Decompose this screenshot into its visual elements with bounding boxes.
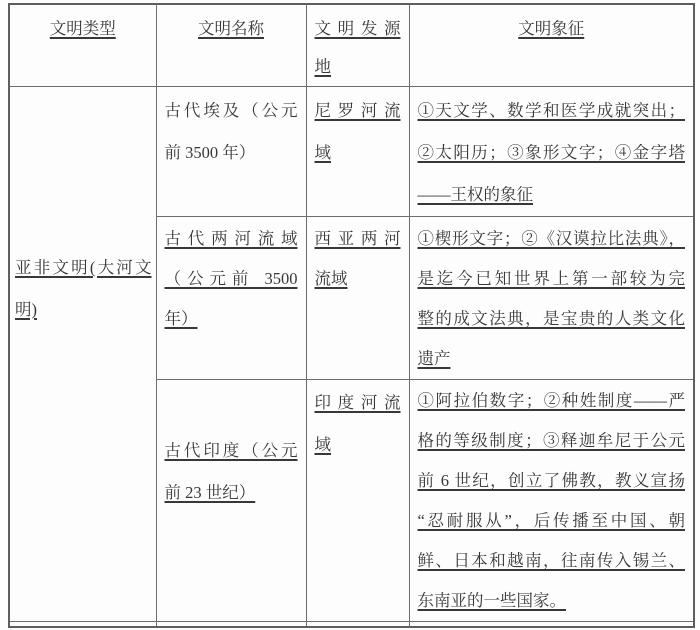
text-line: 古代印度（公元 bbox=[165, 430, 298, 472]
header-label-line: 地 bbox=[315, 48, 401, 86]
empty-cell bbox=[409, 622, 694, 627]
table-row-partial bbox=[9, 622, 694, 627]
text-line: ②太阳历；③象形文字；④金字塔 bbox=[418, 132, 686, 174]
text-line: ①楔形文字；②《汉谟拉比法典》， bbox=[418, 219, 686, 259]
cell-egypt-name: 古代埃及（公元 前 3500 年） bbox=[156, 87, 306, 217]
text-line: 古代两河流域 bbox=[165, 219, 298, 259]
header-label: 文明名称 bbox=[165, 10, 298, 48]
text-line: 是迄今已知世界上第一部较为完 bbox=[418, 259, 686, 299]
header-cell-civ-name: 文明名称 bbox=[156, 4, 306, 87]
text-line: 年） bbox=[165, 299, 298, 339]
text-line: 尼罗河流 bbox=[315, 90, 401, 132]
text-line: ——王权的象征 bbox=[418, 174, 686, 216]
text-line: ①阿拉伯数字；②种姓制度——严 bbox=[418, 381, 686, 421]
header-cell-civ-type: 文明类型 bbox=[9, 4, 156, 87]
text-line: 整的成文法典，是宝贵的人类文化 bbox=[418, 299, 686, 339]
text-line: ①天文学、数学和医学成就突出； bbox=[418, 90, 686, 132]
cell-egypt-symbols: ①天文学、数学和医学成就突出； ②太阳历；③象形文字；④金字塔 ——王权的象征 bbox=[409, 87, 694, 217]
header-label: 文明象征 bbox=[418, 10, 686, 48]
cell-mesopotamia-symbols: ①楔形文字；②《汉谟拉比法典》， 是迄今已知世界上第一部较为完 整的成文法典，是… bbox=[409, 217, 694, 380]
text-line: 东南亚的一些国家。 bbox=[418, 581, 686, 621]
cell-mesopotamia-origin: 西亚两河 流域 bbox=[306, 217, 409, 380]
empty-cell bbox=[9, 622, 156, 627]
header-label-line: 文明发源 bbox=[315, 10, 401, 48]
document-page: 文明类型 文明名称 文明发源 地 文明象征 亚非文明(大河文 明) 古代埃及（公… bbox=[8, 3, 695, 628]
text-line: 西亚两河 bbox=[315, 219, 401, 259]
empty-cell bbox=[156, 622, 306, 627]
text-line: 前 3500 年） bbox=[165, 132, 298, 174]
text-line: “忍耐服从”，后传播至中国、朝 bbox=[418, 501, 686, 541]
cell-india-symbols: ①阿拉伯数字；②种姓制度——严 格的等级制度；③释迦牟尼于公元 前 6 世纪，创… bbox=[409, 380, 694, 622]
cell-india-origin: 印度河流 域 bbox=[306, 380, 409, 622]
header-row: 文明类型 文明名称 文明发源 地 文明象征 bbox=[9, 4, 694, 87]
empty-cell bbox=[306, 622, 409, 627]
text-line: 前 23 世纪） bbox=[165, 472, 298, 514]
text-line: 明) bbox=[15, 289, 152, 331]
text-line: 域 bbox=[315, 424, 401, 466]
text-line: 域 bbox=[315, 132, 401, 174]
text-line: 遗产 bbox=[418, 339, 686, 379]
cell-mesopotamia-name: 古代两河流域 （公元前 3500 年） bbox=[156, 217, 306, 380]
civilizations-table: 文明类型 文明名称 文明发源 地 文明象征 亚非文明(大河文 明) 古代埃及（公… bbox=[8, 3, 695, 628]
header-label: 文明类型 bbox=[18, 10, 148, 48]
table-row-egypt: 亚非文明(大河文 明) 古代埃及（公元 前 3500 年） 尼罗河流 域 ①天文… bbox=[9, 87, 694, 217]
cell-egypt-origin: 尼罗河流 域 bbox=[306, 87, 409, 217]
header-cell-civ-symbol: 文明象征 bbox=[409, 4, 694, 87]
cell-india-name: 古代印度（公元 前 23 世纪） bbox=[156, 380, 306, 622]
text-line: 格的等级制度；③释迦牟尼于公元 bbox=[418, 421, 686, 461]
text-line: 鲜、日本和越南，往南传入锡兰、 bbox=[418, 541, 686, 581]
text-line: 亚非文明(大河文 bbox=[15, 247, 152, 289]
text-line: 流域 bbox=[315, 259, 401, 299]
text-line: 前 6 世纪，创立了佛教，教义宣扬 bbox=[418, 461, 686, 501]
text-line: 古代埃及（公元 bbox=[165, 90, 298, 132]
text-line: （公元前 3500 bbox=[165, 259, 298, 299]
text-line: 印度河流 bbox=[315, 382, 401, 424]
header-cell-civ-origin: 文明发源 地 bbox=[306, 4, 409, 87]
cell-civ-type-merged: 亚非文明(大河文 明) bbox=[9, 87, 156, 622]
